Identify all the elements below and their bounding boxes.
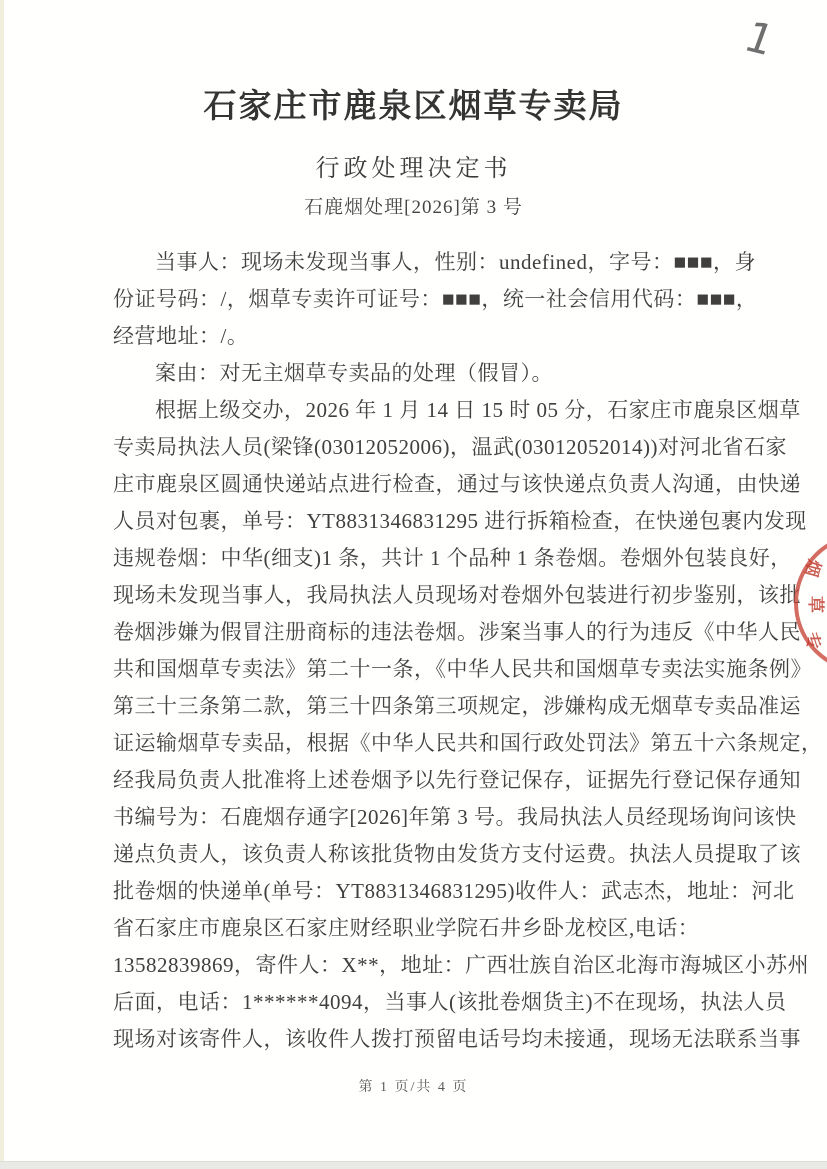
body-line: 13582839869，寄件人：X**，地址：广西壮族自治区北海市海城区小苏州 <box>113 947 720 984</box>
seal-character: 烟 <box>800 557 827 580</box>
body-line: 递点负责人，该负责人称该批货物由发货方支付运费。执法人员提取了该 <box>113 836 720 873</box>
body-line: 经我局负责人批准将上述卷烟予以先行登记保存，证据先行登记保存通知 <box>113 762 720 799</box>
seal-character: 草 <box>805 596 827 613</box>
body-line: 共和国烟草专卖法》第二十一条，《中华人民共和国烟草专卖法实施条例》 <box>113 651 720 688</box>
document-type-title: 行政处理决定书 <box>0 148 827 183</box>
body-line: 根据上级交办，2026 年 1 月 14 日 15 时 05 分，石家庄市鹿泉区… <box>113 392 720 429</box>
body-line: 专卖局执法人员(梁锋(03012052006)，温武(03012052014))… <box>113 429 720 466</box>
body-line: 第三十三条第二款，第三十四条第三项规定，涉嫌构成无烟草专卖品准运 <box>113 688 720 725</box>
page-footer: 第 1 页/共 4 页 <box>0 1076 827 1096</box>
scan-edge-bottom <box>0 1161 827 1169</box>
body-line: 省石家庄市鹿泉区石家庄财经职业学院石井乡卧龙校区,电话： <box>113 910 720 947</box>
body-line: 现场未发现当事人，我局执法人员现场对卷烟外包装进行初步鉴别，该批 <box>113 577 720 614</box>
body-line: 书编号为：石鹿烟存通字[2026]年第 3 号。我局执法人员经现场询问该快 <box>113 799 720 836</box>
page-title: 石家庄市鹿泉区烟草专卖局 <box>0 80 827 127</box>
body-line: 批卷烟的快递单(单号：YT8831346831295)收件人：武志杰，地址：河北 <box>113 873 720 910</box>
body-line: 人员对包裹，单号：YT8831346831295 进行拆箱检查，在快递包裹内发现 <box>113 503 720 540</box>
document-number: 石鹿烟处理[2026]第 3 号 <box>0 192 827 219</box>
body-line: 现场对该寄件人，该收件人拨打预留电话号均未接通，现场无法联系当事 <box>113 1021 720 1058</box>
body-line: 后面，电话：1******4094，当事人(该批卷烟货主)不在现场，执法人员 <box>113 984 720 1021</box>
body-line: 案由：对无主烟草专卖品的处理（假冒）。 <box>113 355 720 392</box>
document-page: 1 石家庄市鹿泉区烟草专卖局 行政处理决定书 石鹿烟处理[2026]第 3 号 … <box>0 0 827 1169</box>
body-line: 违规卷烟：中华(细支)1 条，共计 1 个品种 1 条卷烟。卷烟外包装良好， <box>113 540 720 577</box>
body-line: 庄市鹿泉区圆通快递站点进行检查，通过与该快递点负责人沟通，由快递 <box>113 466 720 503</box>
seal-character: 专 <box>800 629 827 653</box>
document-body: 当事人：现场未发现当事人，性别：undefined，字号：■■■，身 份证号码：… <box>113 244 720 1058</box>
body-line: 卷烟涉嫌为假冒注册商标的违法卷烟。涉案当事人的行为违反《中华人民 <box>113 614 720 651</box>
body-line: 当事人：现场未发现当事人，性别：undefined，字号：■■■，身 <box>113 244 720 281</box>
handwritten-page-number: 1 <box>739 16 779 62</box>
body-line: 份证号码：/，烟草专卖许可证号：■■■，统一社会信用代码：■■■， <box>113 281 720 318</box>
body-line: 证运输烟草专卖品，根据《中华人民共和国行政处罚法》第五十六条规定， <box>113 725 720 762</box>
body-line: 经营地址：/。 <box>113 318 720 355</box>
